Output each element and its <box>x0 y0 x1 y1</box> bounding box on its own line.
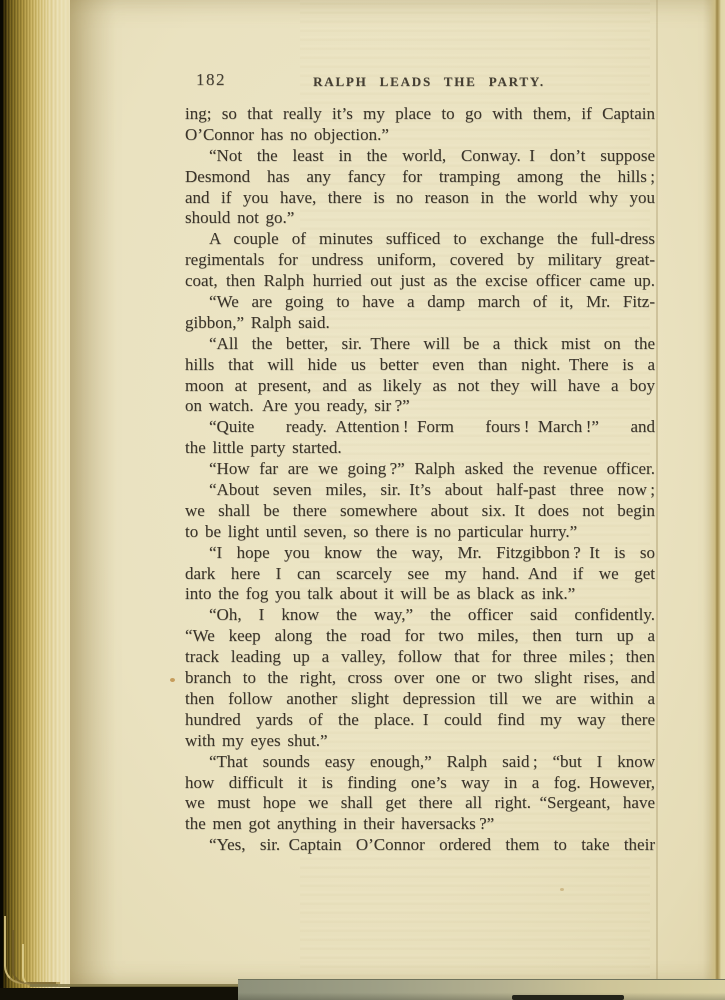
text-line: hundred yards of the place. I could find… <box>185 710 655 731</box>
book-page: 182 RALPH LEADS THE PARTY. ing; so that … <box>70 0 725 986</box>
text-line: ing; so that really it’s my place to go … <box>185 104 655 125</box>
text-line: how difficult it is finding one’s way in… <box>185 773 655 794</box>
body-text: ing; so that really it’s my place to go … <box>185 104 655 856</box>
foxing-spot <box>170 678 175 682</box>
text-line: O’Connor has no objection.” <box>185 125 655 146</box>
text-line: branch to the right, cross over one or t… <box>185 668 655 689</box>
book-scan: 182 RALPH LEADS THE PARTY. ing; so that … <box>0 0 725 1000</box>
text-line: gibbon,” Ralph said. <box>185 313 655 334</box>
text-line: into the fog you talk about it will be a… <box>185 584 655 605</box>
text-line: regimentals for undress uniform, covered… <box>185 250 655 271</box>
text-line: “How far are we going ?” Ralph asked the… <box>185 459 655 480</box>
gutter-shadow <box>70 0 116 986</box>
text-line: Desmond has any fancy for tramping among… <box>185 167 655 188</box>
foxing-spot <box>560 888 564 891</box>
text-line: “Yes, sir. Captain O’Connor ordered them… <box>185 835 655 856</box>
text-line: and if you have, there is no reason in t… <box>185 188 655 209</box>
text-line: “Not the least in the world, Conway. I d… <box>185 146 655 167</box>
text-line: “That sounds easy enough,” Ralph said ; … <box>185 752 655 773</box>
table-surface <box>238 979 725 1000</box>
text-line: hills that will hide us better even than… <box>185 355 655 376</box>
text-line: then follow another slight depression ti… <box>185 689 655 710</box>
text-line: the little party started. <box>185 438 655 459</box>
text-line: to be light until seven, so there is no … <box>185 522 655 543</box>
text-line: “I hope you know the way, Mr. Fitzgibbon… <box>185 543 655 564</box>
text-line: we must hope we shall get there all righ… <box>185 793 655 814</box>
text-line: “We keep along the road for two miles, t… <box>185 626 655 647</box>
text-line: with my eyes shut.” <box>185 731 655 752</box>
text-line: “All the better, sir. There will be a th… <box>185 334 655 355</box>
text-line: dark here I can scarcely see my hand. An… <box>185 564 655 585</box>
text-line: we shall be there somewhere about six. I… <box>185 501 655 522</box>
text-line: “We are going to have a damp march of it… <box>185 292 655 313</box>
page-fold-line <box>656 0 658 986</box>
text-line: “Oh, I know the way,” the officer said c… <box>185 605 655 626</box>
book-page-edges <box>0 0 70 988</box>
page-right-edge <box>703 0 725 986</box>
text-line: track leading up a valley, follow that f… <box>185 647 655 668</box>
text-line: coat, then Ralph hurried out just as the… <box>185 271 655 292</box>
page-corner-curve <box>22 944 58 986</box>
text-line: “Quite ready. Attention ! Form fours ! M… <box>185 417 655 438</box>
text-line: should not go.” <box>185 208 655 229</box>
text-line: the men got anything in their haversacks… <box>185 814 655 835</box>
text-line: on watch. Are you ready, sir ?” <box>185 396 655 417</box>
bottom-shadow <box>512 995 624 1000</box>
text-line: “About seven miles, sir. It’s about half… <box>185 480 655 501</box>
running-header: RALPH LEADS THE PARTY. <box>185 74 655 90</box>
text-line: A couple of minutes sufficed to exchange… <box>185 229 655 250</box>
text-line: moon at present, and as likely as not th… <box>185 376 655 397</box>
